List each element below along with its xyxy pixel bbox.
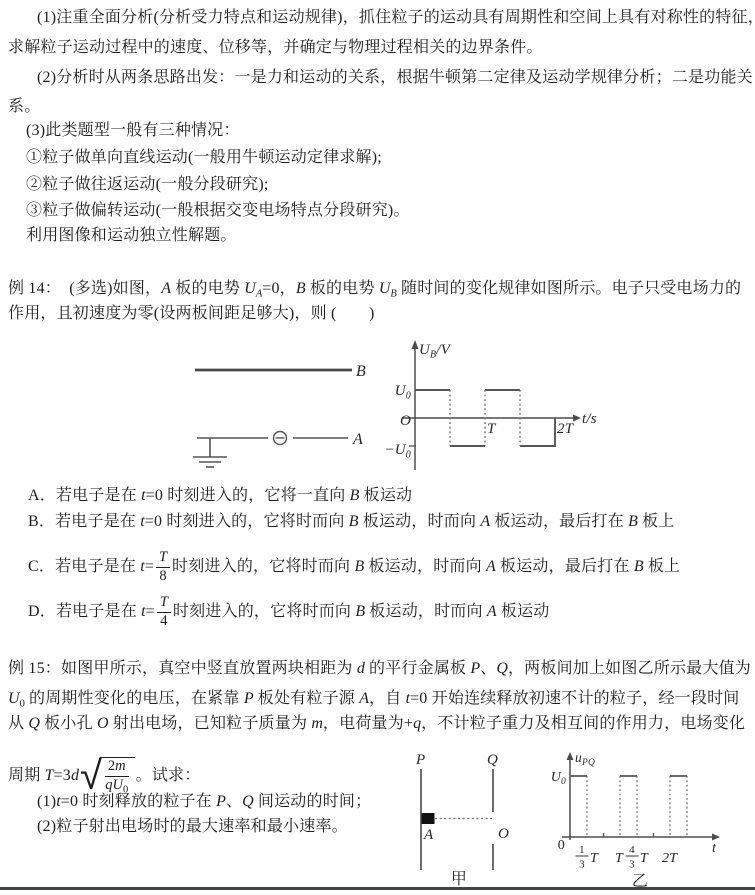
option-b: B．若电子是在 t=0 时刻进入的，它将时而向 B 板运动，时而向 A 板运动，… bbox=[28, 511, 675, 533]
example15-stem-line3: 从 Q 板小孔 O 射出电场，已知粒子质量为 m，电荷量为+q，不计粒子重力及相… bbox=[8, 713, 745, 735]
tick-four-thirds-T: 4 3 T bbox=[626, 844, 650, 871]
svg-text:3: 3 bbox=[579, 859, 585, 871]
physics-worksheet-page: (1)注重全面分析(分析受力特点和运动规律)，抓住粒子的运动具有周期性和空间上具… bbox=[0, 0, 755, 895]
example15-stem-line2: U0 的周期性变化的电压，在紧靠 P 板处有粒子源 A，自 t=0 开始连续释放… bbox=[8, 688, 740, 716]
analysis-tip: 利用图像和运动独立性解题。 bbox=[26, 225, 237, 247]
example15-period-formula: 周期 T=3d√2mqU0。试求： bbox=[8, 757, 200, 796]
example14-stem-line2: 作用，且初速度为零(设两板间距足够大)，则 ( ) bbox=[8, 303, 375, 325]
example15-stem-line1: 例 15：如图甲所示，真空中竖直放置两块相距为 d 的平行金属板 P、Q，两板间… bbox=[8, 658, 751, 680]
option-a: A．若电子是在 t=0 时刻进入的，它将一直向 B 板运动 bbox=[28, 485, 412, 507]
svg-text:1: 1 bbox=[579, 844, 585, 856]
ground-symbol bbox=[193, 438, 227, 467]
analysis-point1-line2: 求解粒子运动过程中的速度、位移等，并确定与物理过程相关的边界条件。 bbox=[8, 37, 543, 59]
source-a-label: A bbox=[423, 827, 434, 843]
y-axis-label: UB/V bbox=[419, 342, 452, 361]
analysis-case2: ②粒子做往返运动(一般分段研究); bbox=[26, 174, 269, 196]
ub-t-waveform-graph: UB/V U0 O −U0 T 2T t/s bbox=[392, 338, 604, 480]
neg-u0-label: −U0 bbox=[384, 442, 411, 461]
plate-b-label: B bbox=[356, 363, 366, 380]
x-axis-arrow bbox=[712, 834, 720, 841]
origin-label: O bbox=[400, 413, 411, 429]
origin-label: 0 bbox=[558, 838, 565, 853]
tick-2T-label: 2T bbox=[662, 851, 678, 866]
pq-capacitor-figure: P Q A O 甲 bbox=[415, 748, 535, 890]
upq-waveform-graph: uPQ U0 0 1 3 T T 4 3 T 2T t 乙 bbox=[548, 748, 755, 892]
tick-one-third-T: 1 3 T bbox=[576, 844, 600, 871]
tick-T-label: T bbox=[615, 851, 624, 866]
x-axis-arrow bbox=[573, 415, 581, 422]
y-axis-arrow bbox=[412, 340, 419, 349]
analysis-case3: ③粒子做偏转运动(一般根据交变电场特点分段研究)。 bbox=[26, 200, 410, 222]
tick-T-label: T bbox=[487, 421, 497, 437]
example14-stem-line1: 例 14： (多选)如图，A 板的电势 UA=0，B 板的电势 UB 随时间的变… bbox=[8, 278, 741, 306]
analysis-point2-line2: 系。 bbox=[8, 96, 40, 118]
y-axis-label: uPQ bbox=[575, 750, 595, 768]
x-axis-label: t/s bbox=[582, 411, 597, 427]
svg-text:T: T bbox=[590, 851, 599, 866]
example15-question2: (2)粒子射出电场时的最大速率和最小速率。 bbox=[37, 816, 348, 838]
hole-o-label: O bbox=[498, 826, 509, 842]
analysis-point3: (3)此类题型一般有三种情况： bbox=[26, 120, 240, 142]
figure-jia-caption: 甲 bbox=[451, 870, 467, 888]
svg-text:3: 3 bbox=[629, 859, 635, 871]
u0-label: U0 bbox=[395, 383, 411, 402]
x-axis-label: t bbox=[712, 841, 717, 856]
page-bottom-rule bbox=[0, 887, 755, 890]
tick-2T-label: 2T bbox=[557, 421, 575, 437]
analysis-point2-line1: (2)分析时从两条思路出发：一是力和运动的关系，根据牛顿第二定律及运动学规律分析… bbox=[37, 67, 753, 89]
u0-label: U0 bbox=[551, 770, 566, 787]
plate-a-label: A bbox=[352, 431, 363, 448]
option-d: D．若电子是在 t=T4时刻进入的，它将时而向 B 板运动，时而向 A 板运动 bbox=[28, 595, 550, 629]
particle-source-square bbox=[422, 813, 435, 824]
example15-question1: (1)t=0 时刻释放的粒子在 P、Q 间运动的时间； bbox=[37, 791, 371, 813]
y-axis-arrow bbox=[567, 752, 574, 760]
plate-p-label: P bbox=[415, 752, 425, 768]
plate-q-label: Q bbox=[487, 752, 498, 768]
electron-symbol bbox=[274, 432, 287, 445]
analysis-point1-line1: (1)注重全面分析(分析受力特点和运动规律)，抓住粒子的运动具有周期性和空间上具… bbox=[37, 7, 755, 29]
parallel-plates-figure: B A bbox=[180, 352, 405, 477]
option-c: C．若电子是在 t=T8时刻进入的，它将时而向 B 板运动，时而向 A 板运动，… bbox=[28, 550, 680, 584]
pulse-dotted-edges bbox=[587, 776, 687, 837]
svg-text:4: 4 bbox=[629, 844, 635, 856]
svg-text:T: T bbox=[640, 851, 649, 866]
analysis-case1: ①粒子做单向直线运动(一般用牛顿运动定律求解); bbox=[26, 147, 382, 169]
